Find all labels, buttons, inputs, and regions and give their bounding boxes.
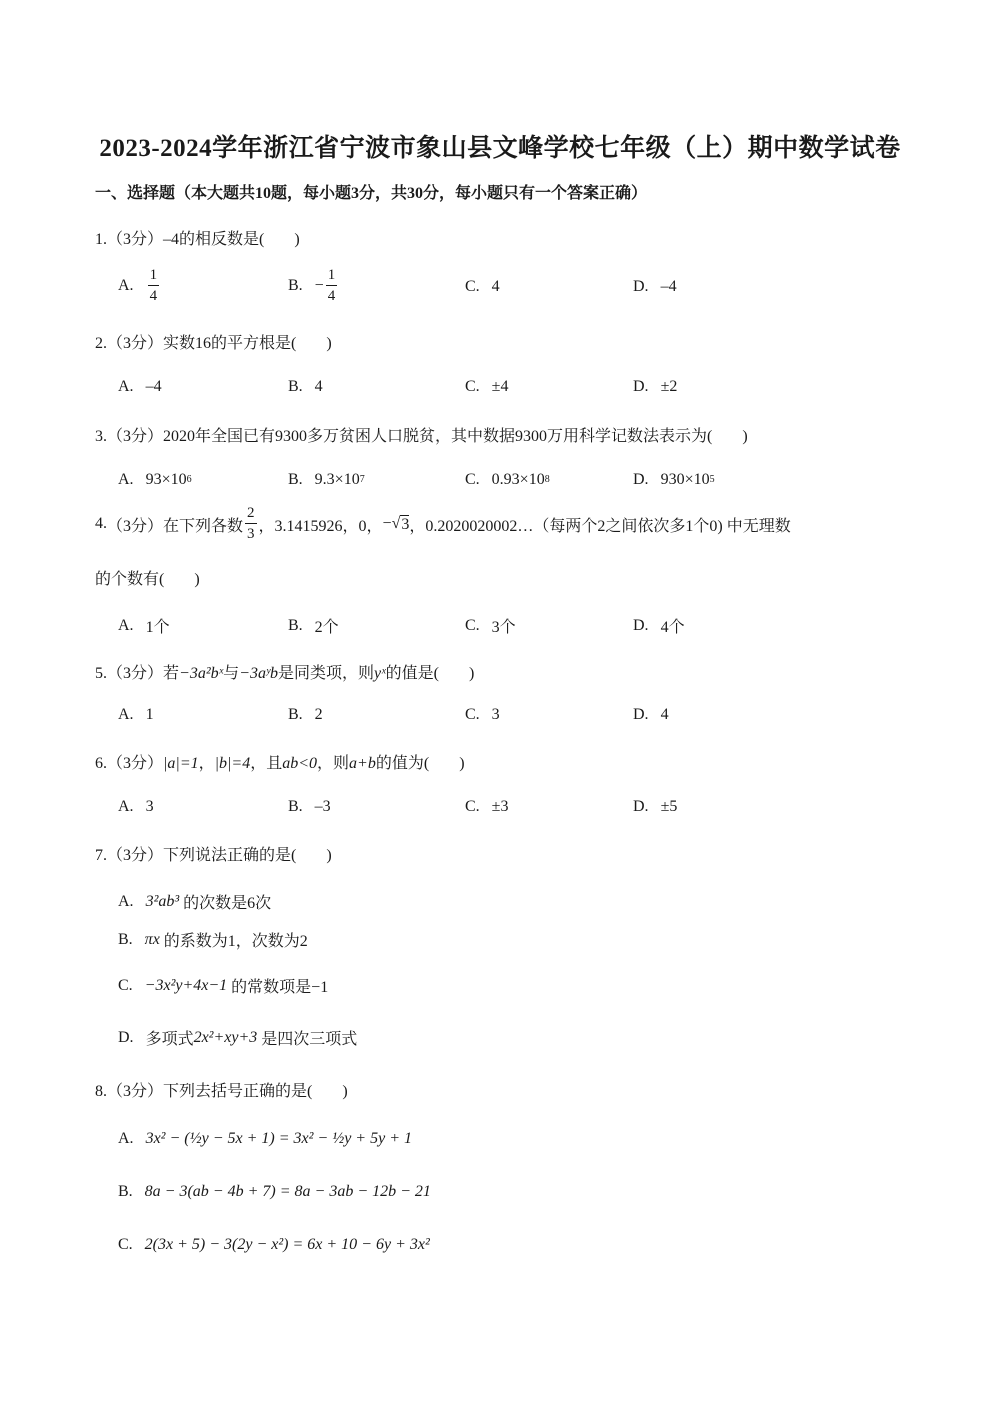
option-a[interactable]: A.1个	[118, 614, 170, 637]
question-7-option-d[interactable]: D.多项式2x²+xy+3 是四次三项式	[118, 1026, 357, 1049]
fraction: 14	[148, 268, 160, 304]
option-d[interactable]: D.±5	[633, 798, 677, 816]
question-7-option-c[interactable]: C.−3x²y+4x−1 的常数项是−1	[118, 974, 328, 997]
option-c[interactable]: C.0.93×108	[465, 471, 550, 489]
question-1: 1.（3分）–4的相反数是()	[95, 226, 300, 249]
question-5: 5.（3分）若−3a²bˣ与−3aʸb是同类项，则yˣ的值是()	[95, 660, 474, 683]
question-8-option-b[interactable]: B.8a − 3(ab − 4b + 7) = 8a − 3ab − 12b −…	[118, 1183, 431, 1201]
question-8: 8.（3分）下列去括号正确的是()	[95, 1078, 348, 1101]
option-d[interactable]: D.–4	[633, 278, 677, 296]
option-b[interactable]: B. − 14	[288, 268, 339, 304]
option-c[interactable]: C.±3	[465, 798, 508, 816]
option-d[interactable]: D.930×105	[633, 471, 715, 489]
question-8-option-c[interactable]: C.2(3x + 5) − 3(2y − x²) = 6x + 10 − 6y …	[118, 1236, 430, 1254]
question-5-options: A.1 B.2 C.3 D.4	[118, 706, 918, 746]
question-6: 6.（3分）|a|=1，|b|=4，且ab<0，则a+b的值为()	[95, 750, 465, 773]
option-a[interactable]: A. 14	[118, 268, 161, 304]
question-7: 7.（3分）下列说法正确的是()	[95, 842, 332, 865]
option-a[interactable]: A.3	[118, 798, 154, 816]
question-2: 2.（3分）实数16的平方根是()	[95, 330, 332, 353]
question-3: 3.（3分）2020年全国已有9300多万贫困人口脱贫，其中数据9300万用科学…	[95, 423, 748, 446]
option-c[interactable]: C.4	[465, 278, 500, 296]
question-6-options: A.3 B.–3 C.±3 D.±5	[118, 798, 918, 838]
option-b[interactable]: B.–3	[288, 798, 331, 816]
exam-title: 2023-2024学年浙江省宁波市象山县文峰学校七年级（上）期中数学试卷	[0, 128, 1000, 164]
fraction: 23	[245, 506, 257, 542]
question-2-options: A.–4 B.4 C.±4 D.±2	[118, 378, 918, 418]
option-c[interactable]: C.3	[465, 706, 500, 724]
question-7-option-a[interactable]: A.3²ab³ 的次数是6次	[118, 890, 271, 913]
fraction: 14	[326, 268, 338, 304]
question-7-option-b[interactable]: B.πx 的系数为1，次数为2	[118, 928, 308, 951]
option-d[interactable]: D.4个	[633, 614, 685, 637]
question-4-options: A.1个 B.2个 C.3个 D.4个	[118, 614, 918, 654]
question-1-options: A. 14 B. − 14 C.4 D.–4	[118, 268, 918, 308]
section-heading: 一、选择题（本大题共10题，每小题3分，共30分，每小题只有一个答案正确）	[95, 180, 647, 203]
question-8-option-a[interactable]: A.3x² − (½y − 5x + 1) = 3x² − ½y + 5y + …	[118, 1130, 412, 1148]
option-c[interactable]: C.3个	[465, 614, 516, 637]
option-a[interactable]: A.–4	[118, 378, 162, 396]
question-4: 4.（3分）在下列各数 23 ，3.1415926，0，−√3，0.202002…	[95, 506, 791, 542]
question-3-options: A.93×106 B.9.3×107 C.0.93×108 D.930×105	[118, 471, 918, 511]
option-a[interactable]: A.93×106	[118, 471, 192, 489]
option-d[interactable]: D.4	[633, 706, 669, 724]
option-b[interactable]: B.2	[288, 706, 323, 724]
option-b[interactable]: B.9.3×107	[288, 471, 365, 489]
option-d[interactable]: D.±2	[633, 378, 677, 396]
question-4-line2: 的个数有()	[95, 566, 200, 589]
option-b[interactable]: B.4	[288, 378, 323, 396]
option-c[interactable]: C.±4	[465, 378, 508, 396]
option-b[interactable]: B.2个	[288, 614, 339, 637]
option-a[interactable]: A.1	[118, 706, 154, 724]
